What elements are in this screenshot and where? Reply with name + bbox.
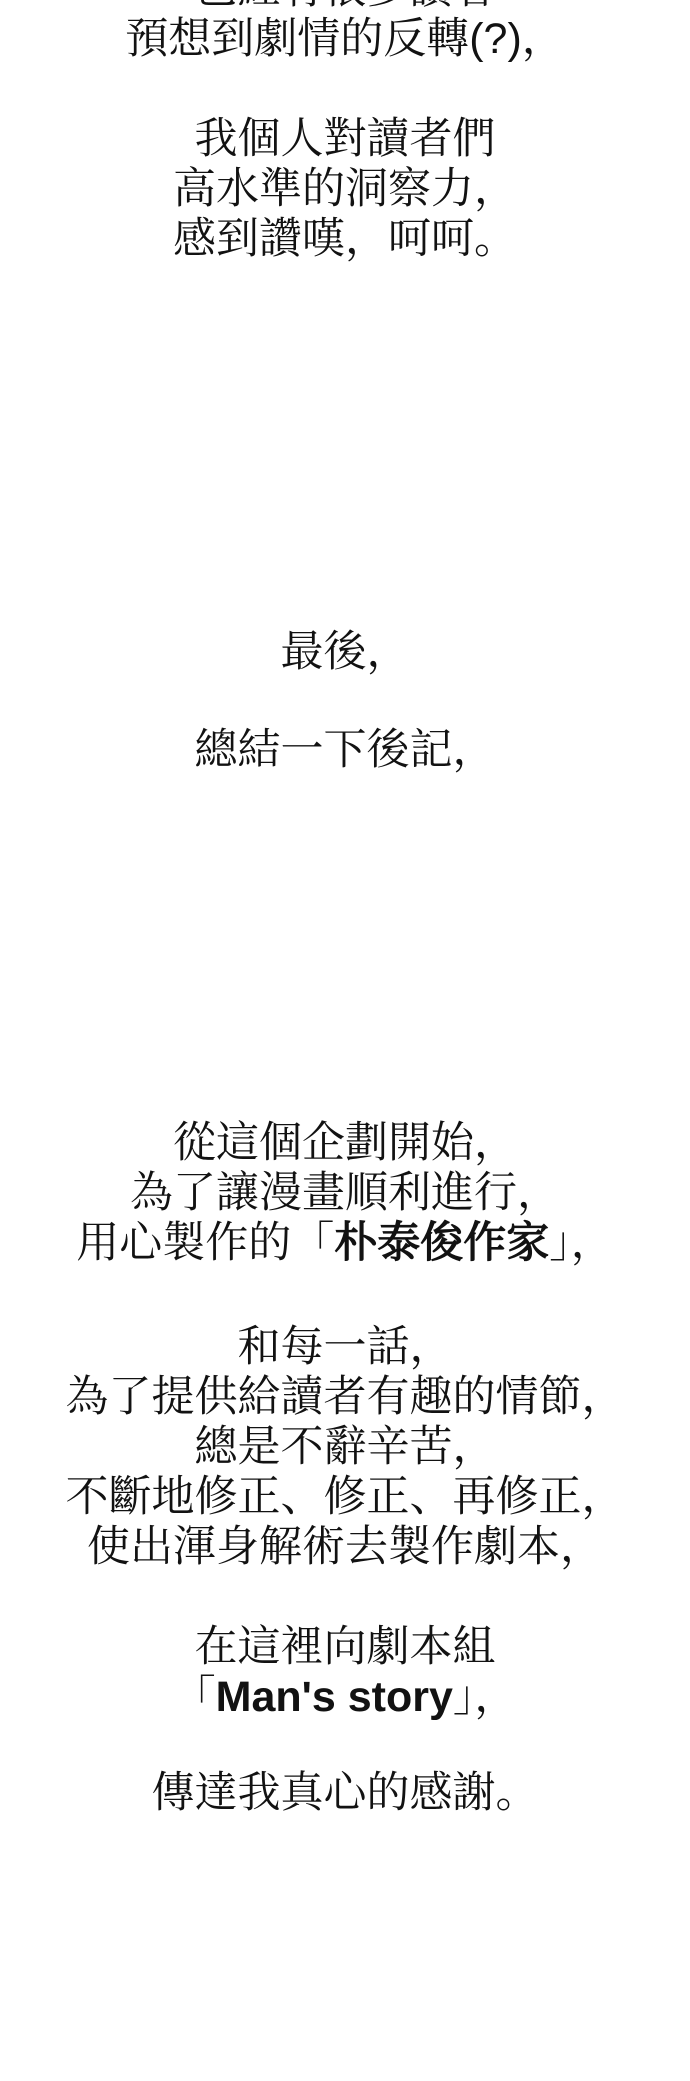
- finally-line: 最後，: [0, 627, 690, 677]
- praise-line: 高水準的洞察力，: [0, 164, 690, 214]
- text-block-praise: 我個人對讀者們 高水準的洞察力， 感到讚嘆，呵呵。: [0, 114, 690, 264]
- team-name-emphasis: Man's story: [216, 1673, 453, 1721]
- text-block-finally: 最後，: [0, 627, 690, 677]
- episodes-line: 總是不辭辛苦，: [0, 1422, 690, 1472]
- text-block-summary: 總結一下後記，: [0, 725, 690, 775]
- episodes-line: 為了提供給讀者有趣的情節，: [0, 1372, 690, 1422]
- text-block-project: 從這個企劃開始， 為了讓漫畫順利進行， 用心製作的「朴泰俊作家」，: [0, 1118, 690, 1268]
- text-block-intro: 已經有很多讀者 預想到劇情的反轉(?)，: [0, 0, 690, 64]
- praise-line: 我個人對讀者們: [0, 114, 690, 164]
- project-line: 從這個企劃開始，: [0, 1118, 690, 1168]
- summary-line: 總結一下後記，: [0, 725, 690, 775]
- project-line-prefix: 用心製作的「: [76, 1219, 334, 1267]
- project-line: 為了讓漫畫順利進行，: [0, 1168, 690, 1218]
- episodes-line: 使出渾身解術去製作劇本，: [0, 1522, 690, 1572]
- intro-line: 預想到劇情的反轉(?)，: [0, 14, 690, 64]
- team-line-suffix: 」，: [453, 1673, 518, 1721]
- episodes-line: 不斷地修正、修正、再修正，: [0, 1472, 690, 1522]
- thanks-line: 傳達我真心的感謝。: [0, 1768, 690, 1818]
- team-line-prefix: 「: [173, 1673, 216, 1721]
- intro-line-clipped: 已經有很多讀者: [0, 0, 690, 14]
- text-block-episodes: 和每一話， 為了提供給讀者有趣的情節， 總是不辭辛苦， 不斷地修正、修正、再修正…: [0, 1322, 690, 1572]
- team-line-name: 「Man's story」，: [0, 1672, 690, 1722]
- author-name-emphasis: 朴泰俊作家: [334, 1219, 549, 1267]
- text-block-thanks: 傳達我真心的感謝。: [0, 1768, 690, 1818]
- episodes-line: 和每一話，: [0, 1322, 690, 1372]
- project-line-author: 用心製作的「朴泰俊作家」，: [0, 1218, 690, 1268]
- project-line-suffix: 」，: [549, 1219, 614, 1267]
- afterword-page: 已經有很多讀者 預想到劇情的反轉(?)， 我個人對讀者們 高水準的洞察力， 感到…: [0, 0, 690, 2081]
- text-block-team: 在這裡向劇本組 「Man's story」，: [0, 1622, 690, 1722]
- praise-line: 感到讚嘆，呵呵。: [0, 214, 690, 264]
- team-line: 在這裡向劇本組: [0, 1622, 690, 1672]
